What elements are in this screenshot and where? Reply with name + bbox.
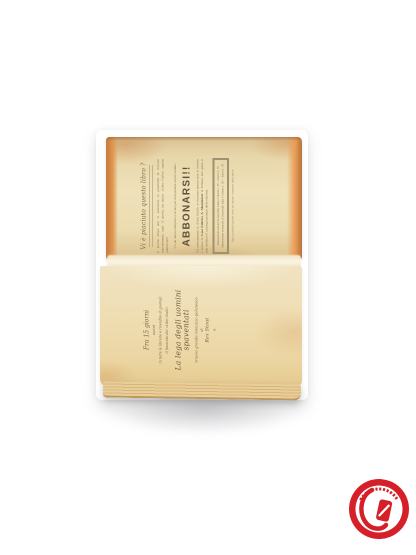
double-rule — [150, 165, 153, 247]
announcement-intro-4: il fascicolo dei «Libri Gialli» — [165, 285, 170, 375]
announcement-di: di — [200, 285, 204, 375]
ad-big-word: ABBONARSI!! — [181, 157, 193, 255]
ornament-star: ✳ — [213, 285, 218, 375]
page-edge-top-line — [106, 137, 302, 141]
fore-edge-page-block — [103, 381, 301, 400]
ad-paragraph-1: E perché allora non vi assicurate la pos… — [156, 159, 170, 253]
author-name: Rex Stout — [205, 285, 210, 375]
ad-paragraph-2: V'è un mezzo semplice e sicuro per non p… — [173, 162, 178, 250]
watermark-logo-svg — [347, 477, 411, 541]
book-title: La lega degli uomini spaventati — [174, 285, 191, 375]
price-line-2: Abbonamento semestrale (13 fascicoli): I… — [221, 163, 225, 250]
price-box: Abbonamento annuo (26 fascicoli): Italia… — [213, 158, 230, 254]
book-title-line-2: spaventati — [182, 285, 190, 375]
announcement-subtitle: Nuovo grande romanzo poliziesco — [194, 285, 199, 375]
announcement-intro-2: uscirà — [152, 285, 157, 375]
ad-heading-script: Vi è piaciuto questo libro ? — [140, 157, 147, 255]
watermark-logo — [347, 477, 411, 541]
announcement-intro-3: in tutte le librerie e rivendite di gior… — [158, 285, 163, 375]
subscription-ad-block: Vi è piaciuto questo libro ? E perché al… — [136, 151, 276, 261]
announcement-block: Fra 15 giorni uscirà in tutte le libreri… — [141, 285, 231, 375]
ad-paragraph-3: Gli abbonamenti ai «Libri Gialli» si ric… — [195, 159, 209, 253]
ad-footer-line: Ogni quindici giorni esce un nuovo roman… — [232, 157, 235, 255]
page-edge-right-orange — [287, 137, 302, 259]
page-edge-left-orange — [106, 137, 118, 259]
announcement-intro-1: Fra 15 giorni — [143, 285, 150, 375]
publisher-name: Casa Editrice A. Mondadori — [200, 194, 204, 237]
